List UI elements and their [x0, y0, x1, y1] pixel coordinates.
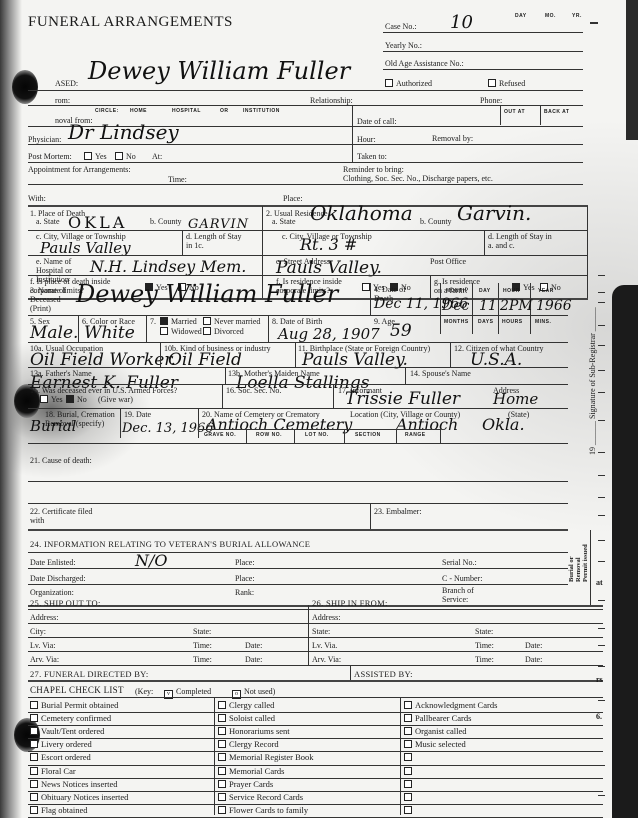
divider	[246, 429, 247, 443]
divider	[28, 503, 568, 504]
checklist-item[interactable]: News Notices inserted	[30, 779, 117, 789]
residence-state-label: a. State	[272, 217, 296, 226]
checkbox-icon[interactable]	[404, 714, 412, 722]
serial-label: Serial No.:	[442, 558, 477, 567]
deceased-label: ASED:	[55, 79, 78, 88]
margin-tick	[598, 475, 605, 476]
checkbox-icon[interactable]	[404, 767, 412, 775]
divider	[28, 765, 603, 766]
margin-tick	[598, 497, 605, 498]
burial-value[interactable]: Burial	[30, 415, 76, 437]
age-value[interactable]: 59	[390, 320, 412, 342]
key-label: (Key:	[135, 687, 153, 696]
residence-state-value[interactable]: Oklahoma	[310, 202, 413, 224]
divider	[28, 651, 603, 652]
hour-value[interactable]: 2PM	[500, 295, 533, 317]
completed-label: Completed	[176, 687, 211, 696]
checklist-item[interactable]: Acknowledgment Cards	[404, 700, 497, 710]
checkbox-icon[interactable]	[404, 727, 412, 735]
divider	[396, 429, 397, 443]
in-lv-time-label: Time:	[475, 641, 494, 650]
in-arv-date-label: Date:	[525, 655, 542, 664]
days-label: DAYS	[478, 318, 493, 327]
margin-tick	[598, 275, 605, 276]
give-war-label: (Give war)	[98, 395, 133, 404]
checklist-item-label: Service Record Cards	[229, 792, 303, 802]
divider	[28, 725, 603, 726]
checklist-item[interactable]	[404, 792, 415, 802]
authorized-checkbox[interactable]: Authorized	[385, 79, 432, 88]
divider	[28, 342, 568, 343]
checklist-item-label: Floral Car	[41, 766, 76, 776]
divider	[28, 184, 583, 185]
checklist-item-label: Cemetery confirmed	[41, 713, 111, 723]
checkbox-icon[interactable]	[404, 806, 412, 814]
divider	[440, 283, 441, 334]
refused-label: Refused	[499, 79, 525, 88]
deceased-value[interactable]: Dewey William Fuller	[88, 60, 350, 82]
checklist-item[interactable]: Escort ordered	[30, 752, 91, 762]
divider	[587, 206, 588, 298]
checklist-item[interactable]	[404, 752, 415, 762]
margin-tick	[598, 645, 605, 646]
out-at-label: OUT AT	[504, 108, 525, 117]
case-no-line	[383, 32, 583, 33]
hours-label: HOURS	[502, 318, 523, 327]
checklist-item[interactable]: Memorial Cards	[218, 766, 284, 776]
checklist-item-label: Escort ordered	[41, 752, 91, 762]
address-value[interactable]: Home	[493, 388, 538, 410]
married-checkbox[interactable]: Married	[160, 317, 197, 326]
checklist-item-label: Acknowledgment Cards	[415, 700, 497, 710]
armed-no[interactable]: No	[66, 395, 87, 404]
year-value[interactable]: 1966	[536, 295, 572, 317]
race-value[interactable]: White	[84, 322, 135, 344]
out-arv-time-label: Time:	[193, 655, 212, 664]
checklist-item[interactable]: Organist called	[404, 726, 467, 736]
divider	[28, 315, 568, 316]
post-mortem-no[interactable]: No	[115, 152, 136, 161]
certificate-label: 22. Certificate filed with	[30, 507, 100, 525]
divider	[262, 255, 587, 256]
physician-value[interactable]: Dr Lindsey	[68, 121, 179, 143]
divider	[120, 408, 121, 438]
checklist-item[interactable]: Prayer Cards	[218, 779, 273, 789]
divider	[214, 697, 215, 815]
checkbox-icon[interactable]	[30, 714, 38, 722]
date-of-call-label: Date of call:	[357, 117, 397, 126]
enlisted-place-label: Place:	[235, 558, 255, 567]
checkbox-icon[interactable]	[30, 780, 38, 788]
margin-tick	[598, 515, 605, 516]
grave-no-label: GRAVE NO.	[204, 431, 236, 440]
section-label: SECTION	[355, 431, 381, 440]
margin-tick	[598, 600, 605, 601]
checkbox-icon[interactable]	[218, 740, 226, 748]
margin-fragment-rs: rs	[596, 675, 603, 684]
residence-county-label: b. County	[420, 217, 452, 226]
post-mortem-yes[interactable]: Yes	[84, 152, 107, 161]
checklist-item-label: Flower Cards to family	[229, 805, 308, 815]
time-label: Time:	[168, 175, 187, 184]
checklist-item-label: Organist called	[415, 726, 467, 736]
checkbox-icon[interactable]	[404, 701, 412, 709]
not-used-label: Not used)	[244, 687, 275, 696]
reminder-label: Reminder to bring:	[343, 165, 404, 174]
divider	[370, 283, 371, 315]
day-value[interactable]: 11	[479, 295, 497, 317]
margin-tick	[598, 700, 605, 701]
yes-label: Yes	[523, 283, 535, 292]
row-no-label: ROW NO.	[256, 431, 282, 440]
divider	[160, 342, 161, 367]
divider	[262, 230, 587, 231]
residence-county-value[interactable]: Garvin.	[457, 202, 531, 224]
informant-value[interactable]: Trissie Fuller	[345, 388, 460, 410]
phone-label: Phone:	[480, 96, 502, 105]
hospital-option[interactable]: HOSPITAL	[172, 107, 201, 116]
checklist-item-label: Obituary Notices inserted	[41, 792, 128, 802]
divider	[383, 51, 583, 52]
divider	[78, 315, 79, 342]
checklist-item-label: Vault/Tent ordered	[41, 726, 104, 736]
directed-heading: 27. FUNERAL DIRECTED BY:	[30, 670, 149, 679]
divider	[472, 283, 473, 334]
widowed-label: Widowed	[171, 327, 202, 336]
divider	[28, 162, 583, 163]
checkbox-icon[interactable]	[30, 727, 38, 735]
checklist-item[interactable]	[404, 766, 415, 776]
case-no-label: Case No.:	[385, 22, 417, 31]
checkbox-icon[interactable]	[30, 753, 38, 761]
margin-tick	[598, 420, 605, 421]
checkbox-icon[interactable]	[30, 793, 38, 801]
margin-tick	[598, 302, 605, 303]
divider	[28, 443, 568, 444]
divider	[383, 69, 583, 70]
enlisted-label: Date Enlisted:	[30, 558, 76, 567]
institution-option[interactable]: INSTITUTION	[243, 107, 280, 116]
divider	[28, 751, 603, 752]
in-state-label-2: State:	[475, 627, 493, 636]
death-length-label: d. Length of Stay in 1c.	[186, 232, 246, 250]
month-value[interactable]: Dec	[442, 295, 469, 317]
divider	[28, 384, 568, 385]
checkbox-icon[interactable]	[218, 714, 226, 722]
divider	[28, 230, 262, 231]
sex-value[interactable]: Male.	[30, 322, 78, 344]
checkbox-icon[interactable]	[30, 806, 38, 814]
divider	[28, 481, 568, 482]
divider	[28, 408, 568, 409]
checklist-item[interactable]	[404, 779, 415, 789]
widowed-checkbox[interactable]: Widowed	[160, 327, 202, 336]
checklist-item-label: Burial Permit obtained	[41, 700, 118, 710]
assisted-label: ASSISTED BY:	[354, 670, 413, 679]
divider	[500, 105, 501, 125]
divider	[28, 637, 603, 638]
physician-label: Physician:	[28, 135, 61, 144]
divider	[590, 530, 591, 605]
divider	[222, 384, 223, 408]
checklist-item[interactable]: Service Record Cards	[218, 792, 303, 802]
checklist-item[interactable]: Flower Cards to family	[218, 805, 308, 815]
removal-by-label: Removal by:	[432, 134, 473, 143]
checklist-heading: CHAPEL CHECK LIST	[30, 686, 124, 695]
from-label: rom:	[55, 96, 70, 105]
or-label: OR	[220, 107, 229, 116]
divider	[450, 342, 451, 367]
checklist-item[interactable]: Flag obtained	[30, 805, 88, 815]
checklist-item[interactable]: Clergy Record	[218, 739, 279, 749]
divider	[146, 315, 147, 342]
embalmer-label: 23. Embalmer:	[374, 507, 422, 516]
divider	[225, 367, 226, 384]
divider	[352, 105, 353, 162]
mo-header: MO.	[545, 12, 556, 21]
divider	[28, 552, 568, 553]
year-prefix: 19	[588, 447, 597, 455]
margin-fragment-6: 6.	[596, 712, 602, 721]
divider	[198, 429, 440, 430]
checkbox-icon[interactable]	[218, 767, 226, 775]
divider	[350, 665, 351, 680]
divider	[370, 503, 371, 529]
day-header: DAY	[515, 12, 527, 21]
divider	[295, 342, 296, 367]
checklist-item-label: Clergy called	[229, 700, 274, 710]
married-label: Married	[171, 317, 197, 326]
divider	[28, 367, 568, 368]
checkbox-icon[interactable]	[218, 806, 226, 814]
checklist-item[interactable]: Soloist called	[218, 713, 275, 723]
divider	[308, 605, 309, 665]
checklist-item-label: Music selected	[415, 739, 466, 749]
divider	[28, 712, 603, 713]
post-office-label: Post Office	[430, 257, 466, 266]
divider	[344, 429, 345, 443]
margin-fragment-at: at	[596, 578, 603, 587]
divider	[28, 144, 583, 145]
checkbox-icon[interactable]	[404, 740, 412, 748]
divider	[28, 697, 603, 698]
death-county-label: b. County	[150, 217, 182, 226]
divider	[400, 697, 401, 815]
out-arv-date-label: Date:	[245, 655, 262, 664]
divider	[484, 230, 485, 255]
checklist-item[interactable]: Cemetery confirmed	[30, 713, 111, 723]
checklist-item-label: Clergy Record	[229, 739, 279, 749]
checklist-item[interactable]: Obituary Notices inserted	[30, 792, 128, 802]
out-address-label: Address:	[30, 613, 58, 622]
organization-label: Organization:	[30, 588, 74, 597]
old-age-label: Old Age Assistance No.:	[385, 59, 464, 68]
lot-no-label: LOT NO.	[305, 431, 329, 440]
never-married-label: Never married	[214, 317, 260, 326]
checkbox-icon[interactable]	[30, 767, 38, 775]
divider	[28, 275, 262, 276]
divider	[498, 283, 499, 334]
home-option[interactable]: HOME	[130, 107, 147, 116]
yes-label: Yes	[51, 395, 63, 404]
mins-label: MINS.	[535, 318, 551, 327]
armed-forces-label: 15. Was deceased ever in U.S. Armed Forc…	[30, 386, 177, 395]
refused-checkbox[interactable]: Refused	[488, 79, 525, 88]
divider	[28, 584, 568, 585]
checklist-item-label: Soloist called	[229, 713, 275, 723]
in-arv-time-label: Time:	[475, 655, 494, 664]
deceased-name-value[interactable]: Dewey William Fuller	[76, 283, 338, 305]
checklist-item[interactable]: Honorariums sent	[218, 726, 290, 736]
scan-right-edge-top	[626, 0, 638, 140]
divider	[28, 90, 583, 91]
hour-label: Hour:	[357, 135, 376, 144]
checklist-item[interactable]	[404, 805, 415, 815]
never-married-checkbox[interactable]: Never married	[203, 317, 260, 326]
taken-to-label: Taken to:	[357, 152, 387, 161]
yr-header: YR.	[572, 12, 582, 21]
checklist-item[interactable]: Vault/Tent ordered	[30, 726, 104, 736]
post-mortem-label: Post Mortem:	[28, 152, 72, 161]
divider	[28, 665, 603, 666]
margin-tick	[598, 345, 605, 346]
margin-tick	[598, 370, 605, 371]
form-title: FUNERAL ARRANGEMENTS	[28, 14, 233, 31]
divider	[268, 315, 269, 342]
authorized-label: Authorized	[396, 79, 432, 88]
residence-length-label: d. Length of Stay in a. and c.	[488, 232, 558, 250]
checkbox-icon[interactable]	[218, 753, 226, 761]
no-label: No	[126, 152, 136, 161]
checkbox-icon[interactable]	[404, 753, 412, 761]
margin-tick	[598, 795, 605, 796]
divider	[28, 623, 603, 624]
out-lv-time-label: Time:	[193, 641, 212, 650]
out-state-label: State:	[193, 627, 211, 636]
checkbox-icon[interactable]	[218, 727, 226, 735]
checklist-item-label: Pallbearer Cards	[415, 713, 471, 723]
divorced-checkbox[interactable]: Divorced	[203, 327, 244, 336]
divider	[28, 738, 603, 739]
residence-city-value[interactable]: Rt. 3 #	[300, 234, 357, 256]
out-arv-via-label: Arv. Via:	[30, 655, 59, 664]
margin-tick	[598, 452, 605, 453]
state-value[interactable]: Okla.	[482, 414, 525, 436]
veteran-heading: 24. INFORMATION RELATING TO VETERAN'S BU…	[30, 540, 310, 549]
scanned-form-page: FUNERAL ARRANGEMENTS Case No.: 10 DAY MO…	[0, 0, 638, 818]
margin-tick	[598, 325, 605, 326]
yearly-no-label: Yearly No.:	[385, 41, 422, 50]
death-state-label: a. State	[36, 217, 60, 226]
divider	[440, 429, 441, 443]
ship-out-heading: 25. SHIP OUT TO:	[30, 599, 101, 608]
marital-label: 7.	[150, 317, 156, 326]
checklist-item-label: Honorariums sent	[229, 726, 290, 736]
checklist-item[interactable]: Music selected	[404, 739, 466, 749]
divider	[540, 105, 541, 125]
checkbox-icon[interactable]	[404, 793, 412, 801]
branch-label: Branch of Service:	[442, 586, 488, 604]
out-city-label: City:	[30, 627, 46, 636]
c-number-label: C - Number:	[442, 574, 482, 583]
armed-yes[interactable]: Yes	[40, 395, 63, 404]
checklist-item-label: Memorial Cards	[229, 766, 284, 776]
appointment-label: Appointment for Arrangements:	[28, 165, 131, 174]
divider	[28, 609, 603, 610]
divorced-label: Divorced	[214, 327, 244, 336]
cause-label: 21. Cause of death:	[30, 456, 92, 465]
range-label: RANGE	[405, 431, 426, 440]
in-lv-date-label: Date:	[525, 641, 542, 650]
margin-tick	[598, 628, 605, 629]
checklist-item-label: Flag obtained	[41, 805, 88, 815]
margin-tick	[598, 292, 605, 293]
divider	[405, 367, 406, 384]
divider	[28, 680, 603, 682]
divider	[182, 230, 183, 255]
signature-label: Signature of Sub-Registrar	[588, 333, 597, 419]
margin-tick	[598, 392, 605, 393]
checkbox-icon[interactable]	[404, 780, 412, 788]
scan-right-edge-strip	[612, 285, 638, 818]
checklist-item[interactable]: Livery ordered	[30, 739, 92, 749]
divider	[198, 408, 199, 438]
in-arv-via-label: Arv. Via:	[312, 655, 341, 664]
checklist-item[interactable]: Burial Permit obtained	[30, 700, 118, 710]
back-at-label: BACK AT	[544, 108, 569, 117]
checklist-item[interactable]: Clergy called	[218, 700, 274, 710]
divider	[333, 384, 334, 408]
in-lv-via-label: Lv. Via.	[312, 641, 337, 650]
checklist-item[interactable]: Memorial Register Book	[218, 752, 314, 762]
divider	[262, 275, 587, 276]
in-address-label: Address:	[312, 613, 340, 622]
punch-hole-icon	[12, 70, 38, 104]
yes-label: Yes	[95, 152, 107, 161]
months-label: MONTHS	[444, 318, 469, 327]
case-no-value[interactable]: 10	[450, 12, 473, 34]
margin-tick	[590, 22, 598, 24]
rank-label: Rank:	[235, 588, 254, 597]
ship-in-heading: 26. SHIP IN FROM:	[312, 599, 388, 608]
margin-tick	[598, 561, 605, 562]
out-lv-date-label: Date:	[245, 641, 262, 650]
no-label: No	[77, 395, 87, 404]
divider	[28, 804, 603, 805]
out-lv-via-label: Lv. Via:	[30, 641, 56, 650]
checklist-item-label: News Notices inserted	[41, 779, 117, 789]
checklist-item[interactable]: Pallbearer Cards	[404, 713, 471, 723]
margin-tick	[598, 666, 605, 667]
checkbox-icon[interactable]	[218, 701, 226, 709]
checklist-item[interactable]: Floral Car	[30, 766, 76, 776]
checkbox-icon[interactable]	[218, 793, 226, 801]
checkbox-icon[interactable]	[30, 740, 38, 748]
divider	[294, 429, 295, 443]
deceased-name-label: 3. Name of Deceased (Print)	[30, 286, 70, 313]
signature-sub-registrar-label: 19 ______ Signature of Sub-Registrar ___…	[588, 307, 597, 455]
checkbox-icon[interactable]	[218, 780, 226, 788]
margin-tick	[598, 765, 605, 766]
checklist-item-label: Prayer Cards	[229, 779, 273, 789]
spouse-label: 14. Spouse's Name	[410, 369, 471, 378]
reminder-items: Clothing, Soc. Sec. No., Discharge paper…	[343, 174, 493, 183]
discharged-place-label: Place:	[235, 574, 255, 583]
checkbox-icon[interactable]	[30, 701, 38, 709]
with-label: With:	[28, 194, 46, 203]
relationship-label: Relationship:	[310, 96, 353, 105]
at-label: At:	[152, 152, 162, 161]
